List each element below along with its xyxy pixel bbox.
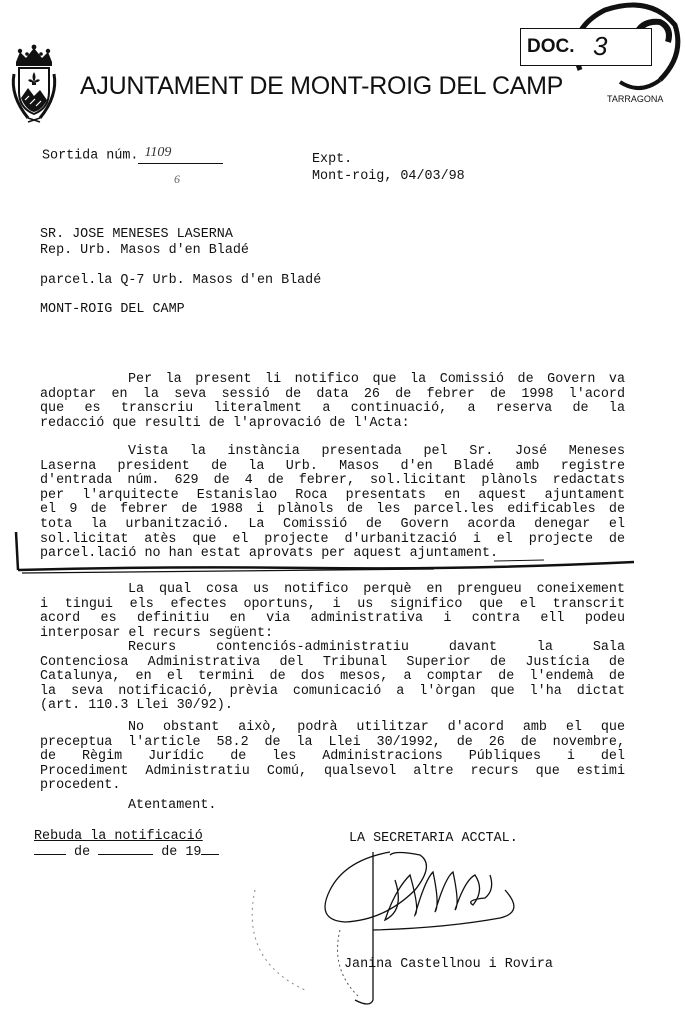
closing: Atentament. xyxy=(128,799,216,814)
paragraph-appeal-detail: Recurs contenciós-administratiu davant l… xyxy=(40,641,625,714)
stamp-number: 3 xyxy=(593,31,607,62)
paragraph-line: No obstant això, podrà utilitzar d'acord… xyxy=(40,721,625,736)
signatory-title: LA SECRETARIA ACCTAL. xyxy=(349,832,518,847)
paragraph-line: Laserna president de la Urb. Masos d'en … xyxy=(40,460,625,475)
paragraph-line: La qual cosa us notifico perquè en preng… xyxy=(40,583,625,598)
receipt-de-2: de 19 xyxy=(161,845,201,860)
receipt-label: Rebuda la notificació xyxy=(34,830,203,845)
stamp-label: DOC. xyxy=(527,36,575,58)
recipient-role: Rep. Urb. Masos d'en Bladé xyxy=(40,244,249,259)
receipt-month-blank xyxy=(98,854,153,855)
paragraph-line: procedent. xyxy=(40,779,625,794)
paragraph-appeal-intro: La qual cosa us notifico perquè en preng… xyxy=(40,583,625,641)
receipt-year-blank xyxy=(201,854,219,855)
document-number-stamp: DOC. 3 xyxy=(520,28,652,66)
receipt-day-blank xyxy=(34,854,66,855)
sortida-label: Sortida núm. xyxy=(42,148,138,163)
handwritten-signature-icon xyxy=(245,850,565,1015)
sortida-sub-value: 6 xyxy=(174,172,180,187)
paragraph-line: adoptar en la seva sessió de data 26 de … xyxy=(40,388,625,403)
paragraph-line: Vista la instància presentada pel Sr. Jo… xyxy=(40,445,625,460)
paragraph-line: el 9 de febrer de 1988 i plànols de les … xyxy=(40,503,625,518)
paragraph-line: Recurs contenciós-administratiu davant l… xyxy=(40,641,625,656)
recipient-address: parcel.la Q-7 Urb. Masos d'en Bladé xyxy=(40,274,321,289)
paragraph-line: (art. 110.3 Llei 30/92). xyxy=(40,699,625,714)
paragraph-line: Per la present li notifico que la Comiss… xyxy=(40,373,625,388)
paragraph-notification: Per la present li notifico que la Comiss… xyxy=(40,373,625,431)
paragraph-line: la seva notificació, prèvia comunicació … xyxy=(40,685,625,700)
sortida-value: 1109 xyxy=(144,146,171,161)
sortida-field: Sortida núm.1109 xyxy=(42,149,223,164)
paragraph-line: d'entrada núm. 629 de 4 de febrer, sol.l… xyxy=(40,474,625,489)
paragraph-line: de Règim Jurídic de les Administracions … xyxy=(40,750,625,765)
receipt-de-1: de xyxy=(74,845,90,860)
signatory-name: Janina Castellnou i Rovira xyxy=(344,958,553,973)
municipal-coat-of-arms-icon xyxy=(8,44,60,129)
organization-title: AJUNTAMENT DE MONT-ROIG DEL CAMP xyxy=(80,72,563,101)
paragraph-other-appeals: No obstant això, podrà utilitzar d'acord… xyxy=(40,721,625,794)
paragraph-line: redacció que resulti de l'aprovació de l… xyxy=(40,417,625,432)
place-date: Mont-roig, 04/03/98 xyxy=(312,170,465,185)
handwritten-highlight-mark xyxy=(14,528,644,578)
paragraph-line: Contenciosa Administrativa del Tribunal … xyxy=(40,656,625,671)
paragraph-line: Catalunya, en el termini de dos mesos, a… xyxy=(40,670,625,685)
receipt-date-line: de de 19 xyxy=(34,846,219,861)
paragraph-line: i tingui els efectes oportuns, i us sign… xyxy=(40,598,625,613)
paragraph-line: preceptua l'article 58.2 de la Llei 30/1… xyxy=(40,736,625,751)
paragraph-line: acord es definitiu en via administrativa… xyxy=(40,612,625,627)
expt-label: Expt. xyxy=(312,153,352,168)
recipient-city: MONT-ROIG DEL CAMP xyxy=(40,303,185,318)
paragraph-line: que es transcriu literalment a continuac… xyxy=(40,402,625,417)
paragraph-line: per l'arquitecte Estanislao Roca present… xyxy=(40,489,625,504)
paragraph-line: Procediment Administratiu Comú, qualsevo… xyxy=(40,765,625,780)
recipient-name: SR. JOSE MENESES LASERNA xyxy=(40,228,233,243)
